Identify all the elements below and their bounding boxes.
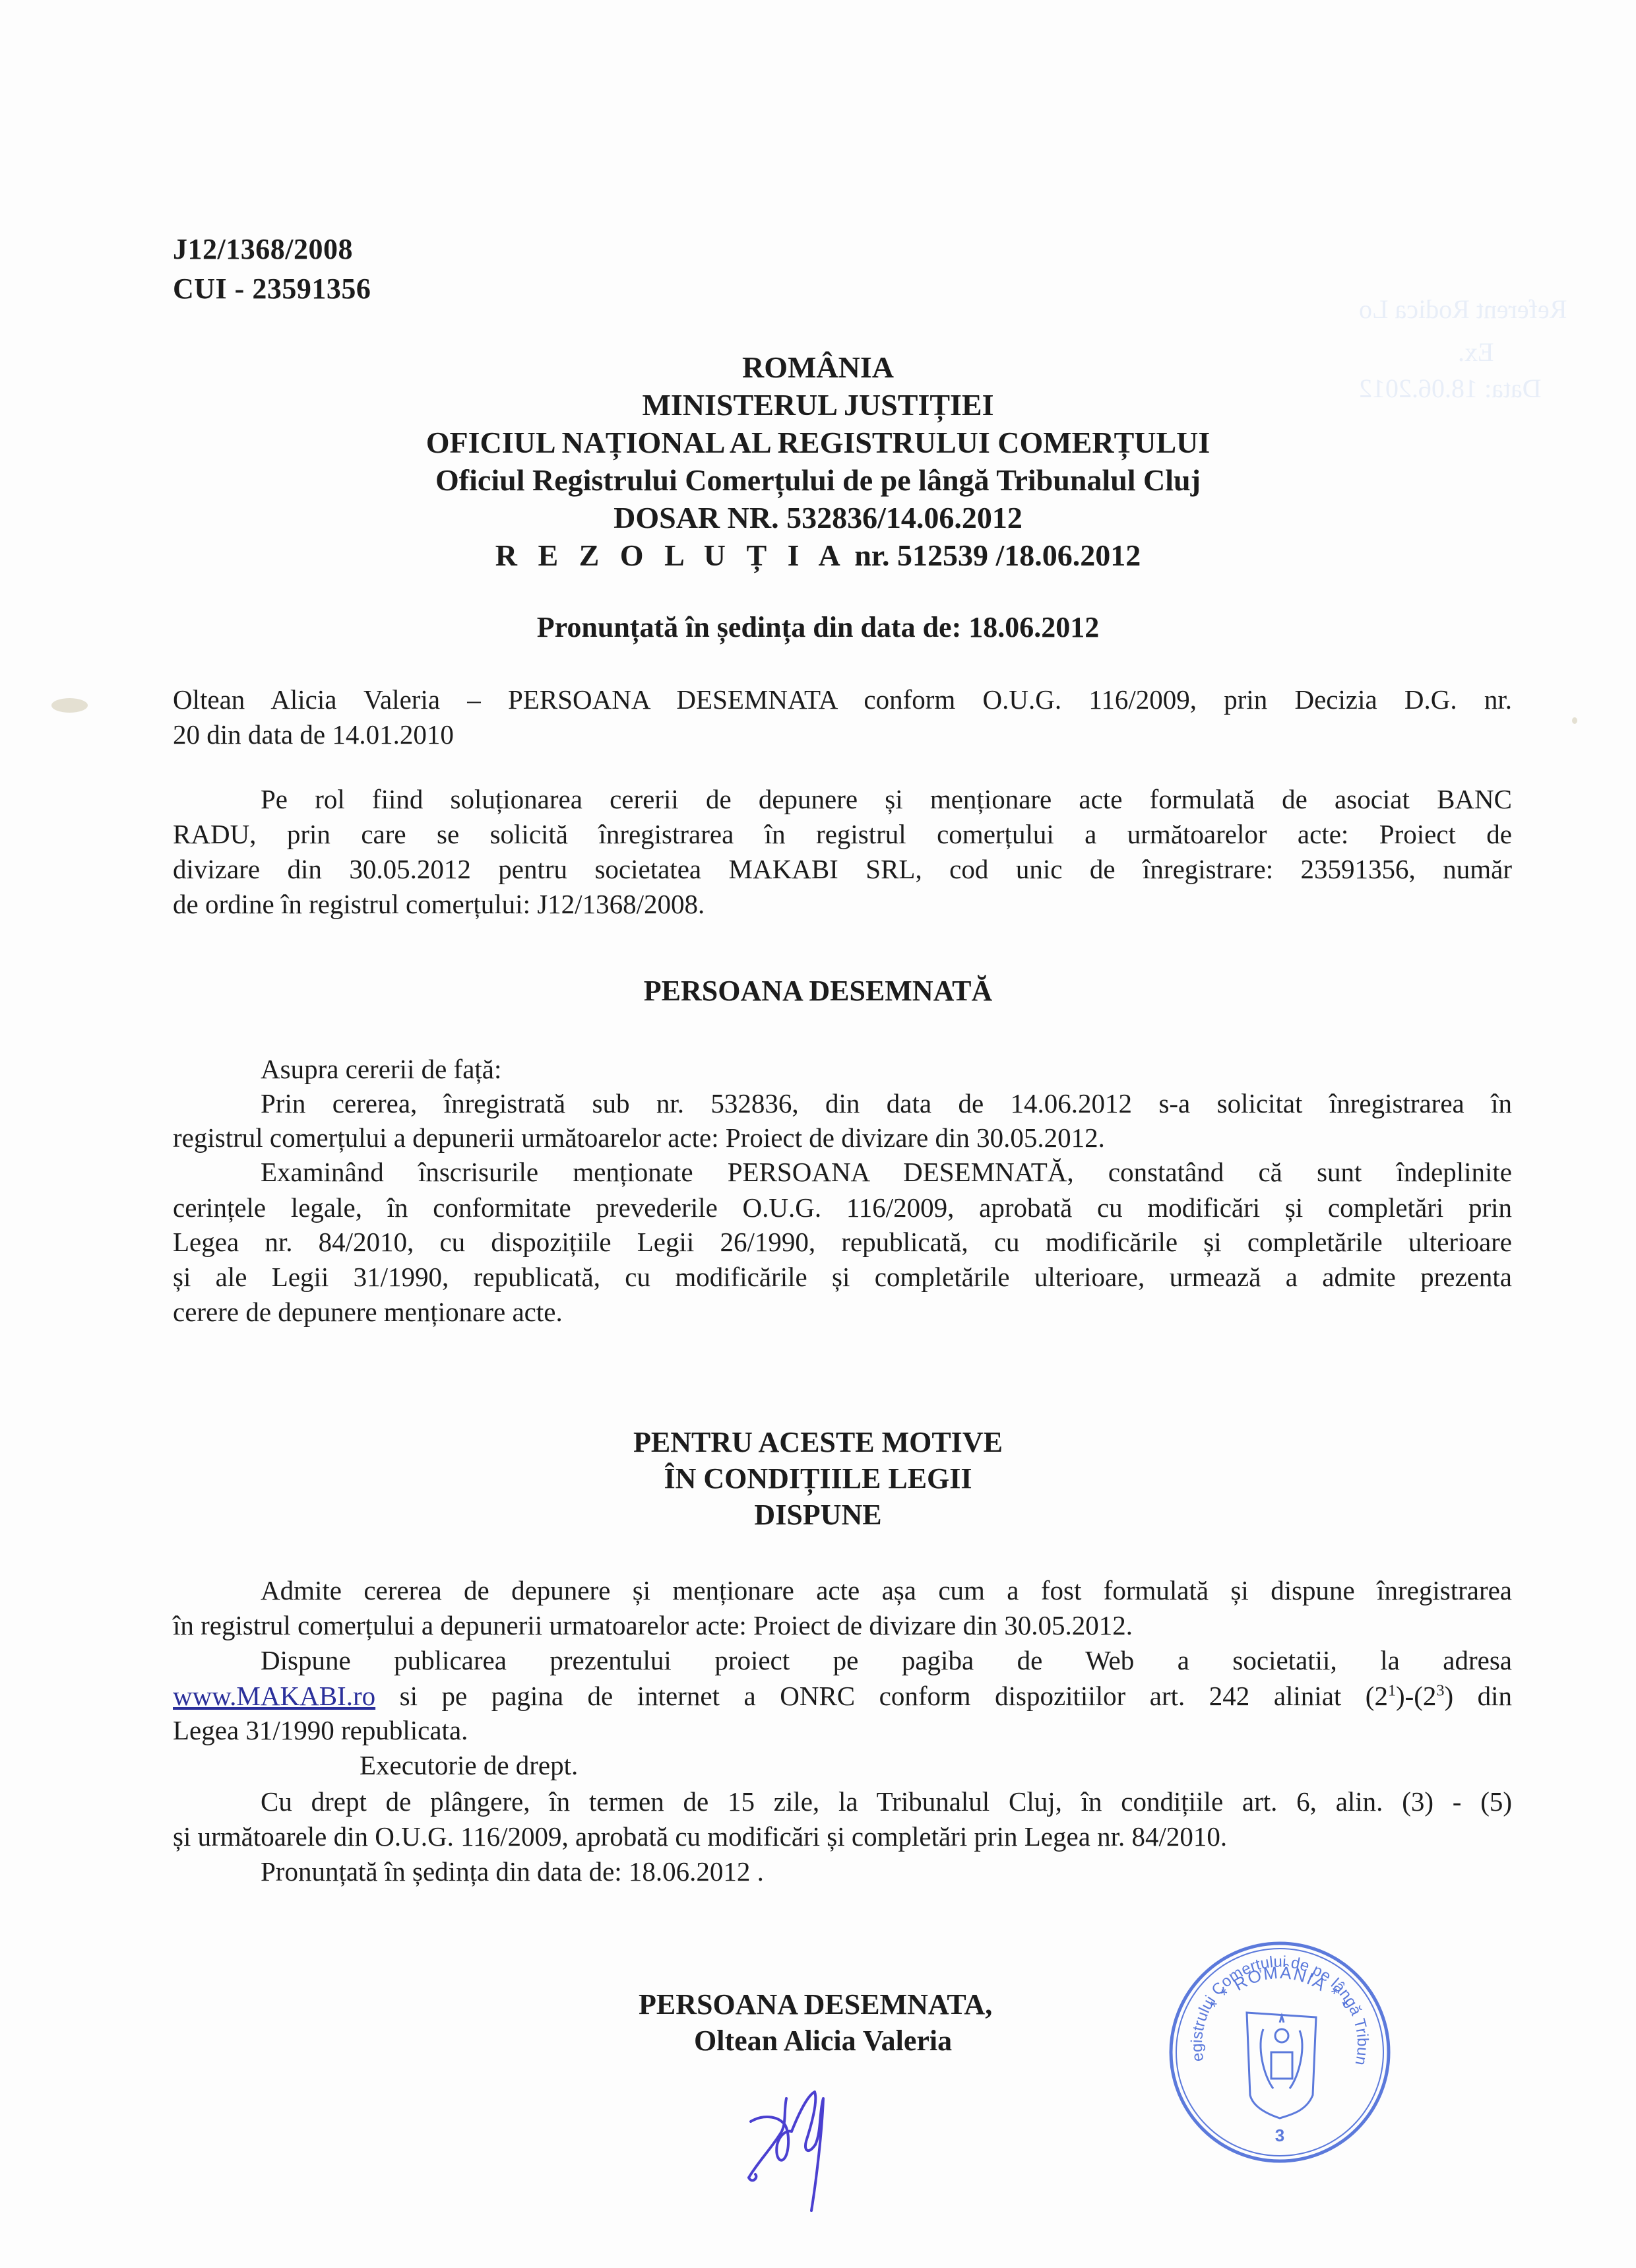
scan-speck [51, 698, 88, 713]
examination-line: cerințele legale, în conformitate preved… [173, 1192, 1512, 1223]
disposition-title: ÎN CONDIȚIILE LEGII [0, 1462, 1636, 1495]
admit-line: Admite cererea de depunere și menționare… [261, 1574, 1512, 1606]
office-heading: OFICIUL NAȚIONAL AL REGISTRULUI COMERȚUL… [0, 425, 1636, 460]
handwritten-signature [745, 2085, 844, 2224]
registration-number: J12/1368/2008 [173, 232, 353, 266]
ministry-heading: MINISTERUL JUSTIȚIEI [0, 387, 1636, 422]
paragraph-1-line: Pe rol fiind soluționarea cererii de dep… [261, 783, 1512, 815]
request-line: registrul comerțului a depunerii următoa… [173, 1122, 1105, 1153]
admit-line: în registrul comerțului a depunerii urma… [173, 1609, 1133, 1641]
bleed-through-text: Referent Rodica Lo [1359, 294, 1567, 325]
disposition-title: DISPUNE [0, 1498, 1636, 1532]
cui-number: CUI - 23591356 [173, 272, 371, 306]
makabi-website-link[interactable]: www.MAKABI.ro [173, 1681, 375, 1711]
appeal-line: și următoarele din O.U.G. 116/2009, apro… [173, 1821, 1227, 1852]
publish-line: www.MAKABI.ro si pe pagina de internet a… [173, 1680, 1512, 1712]
examination-line: Legea nr. 84/2010, cu dispozițiile Legii… [173, 1226, 1512, 1258]
paragraph-1-line: divizare din 30.05.2012 pentru societate… [173, 853, 1512, 885]
official-stamp: * * * ROMÂNIA * * * Oficiul Registrului … [1158, 1930, 1402, 2174]
section-designee-title: PERSOANA DESEMNATĂ [0, 974, 1636, 1008]
stamp-ring-text: Oficiul Registrului Comerțului de pe lân… [1158, 1930, 1371, 2067]
examination-line: cerere de depunere menționare acte. [173, 1296, 563, 1328]
local-office-heading: Oficiul Registrului Comerțului de pe lân… [0, 463, 1636, 498]
signature-title: PERSOANA DESEMNATA, [639, 1988, 992, 2021]
resolution-number: nr. 512539 /18.06.2012 [854, 538, 1141, 572]
examination-line: Examinând înscrisurile menționate PERSOA… [261, 1156, 1512, 1188]
examination-line: și ale Legii 31/1990, republicată, cu mo… [173, 1261, 1512, 1293]
publish-line: Legea 31/1990 republicata. [173, 1714, 468, 1746]
country-heading: ROMÂNIA [0, 350, 1636, 385]
stamp-number: 3 [1275, 2125, 1284, 2145]
paragraph-1-line: de ordine în registrul comerțului: J12/1… [173, 888, 705, 920]
pronounced-line: Pronunțată în ședința din data de: 18.06… [261, 1856, 764, 1887]
appeal-line: Cu drept de plângere, în termen de 15 zi… [261, 1786, 1512, 1817]
resolution-heading: R E Z O L U Ț I A nr. 512539 /18.06.2012 [0, 538, 1636, 573]
scan-speck [1572, 717, 1577, 724]
pronounced-header: Pronunțată în ședința din data de: 18.06… [0, 610, 1636, 644]
dossier-number: DOSAR NR. 532836/14.06.2012 [0, 500, 1636, 535]
paragraph-1-line: RADU, prin care se solicită înregistrare… [173, 818, 1512, 850]
designee-line-1: Oltean Alicia Valeria – PERSOANA DESEMNA… [173, 684, 1512, 715]
coat-of-arms-icon [1247, 2013, 1316, 2118]
svg-text:Oficiul Registrului Comerțului: Oficiul Registrului Comerțului de pe lân… [1158, 1930, 1371, 2067]
resolution-label: R E Z O L U Ț I A [495, 538, 847, 572]
designee-line-2: 20 din data de 14.01.2010 [173, 719, 454, 750]
section-intro: Asupra cererii de față: [261, 1053, 501, 1085]
enforceable-note: Executorie de drept. [360, 1749, 578, 1781]
signatory-name: Oltean Alicia Valeria [694, 2024, 952, 2057]
publish-line: Dispune publicarea prezentului proiect p… [261, 1644, 1512, 1676]
disposition-title: PENTRU ACESTE MOTIVE [0, 1425, 1636, 1459]
request-line: Prin cererea, înregistrată sub nr. 53283… [261, 1087, 1512, 1119]
